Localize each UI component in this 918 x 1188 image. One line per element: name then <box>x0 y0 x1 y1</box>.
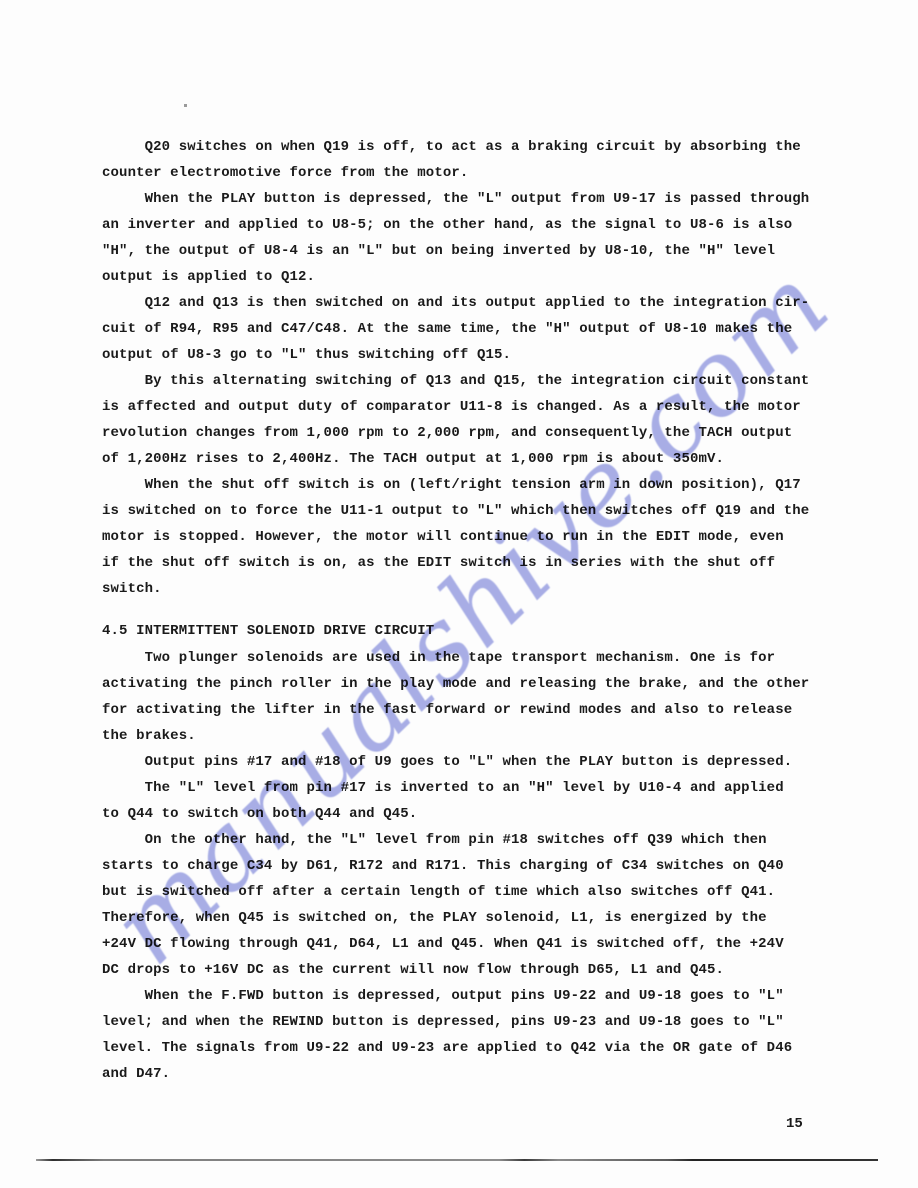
footer-rule <box>36 1159 878 1161</box>
page-number: 15 <box>786 1111 803 1137</box>
scanned-manual-page: Q20 switches on when Q19 is off, to act … <box>0 0 918 1188</box>
body-text-section-1: Q20 switches on when Q19 is off, to act … <box>102 134 809 602</box>
body-text-section-2: Two plunger solenoids are used in the ta… <box>102 645 809 1087</box>
section-heading: 4.5 INTERMITTENT SOLENOID DRIVE CIRCUIT <box>102 618 434 644</box>
scan-artifact-dot <box>184 104 187 107</box>
